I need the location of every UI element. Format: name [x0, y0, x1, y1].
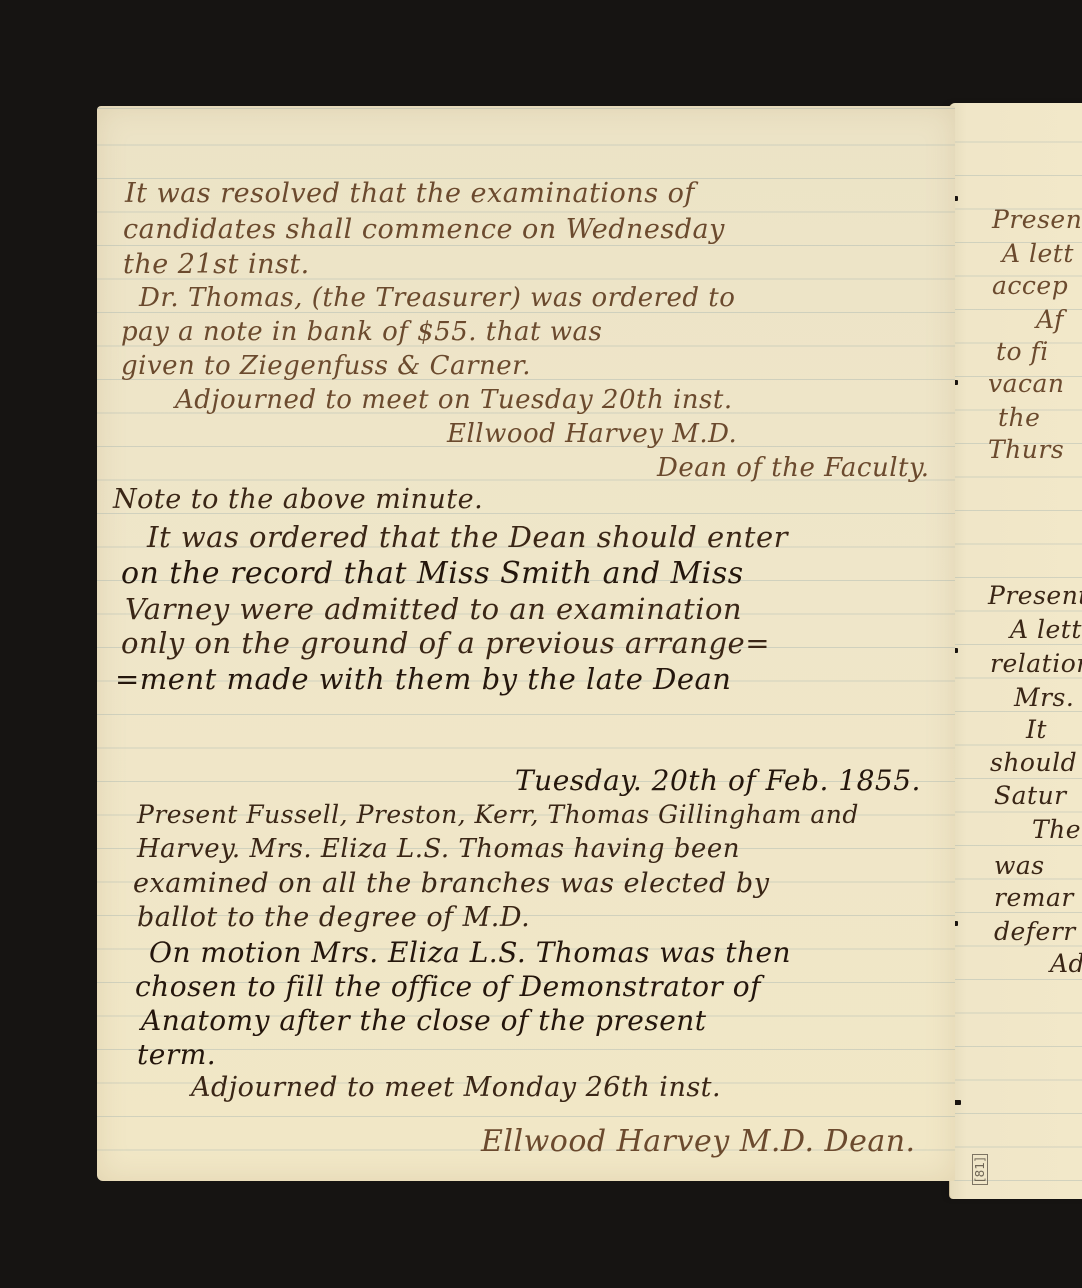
text-line: Harvey. Mrs. Eliza L.S. Thomas having be…: [137, 834, 740, 864]
right-fragment: It: [1026, 715, 1047, 744]
right-fragment: A lett: [1010, 615, 1082, 644]
right-fragment: deferr: [994, 917, 1076, 946]
right-fragment: the: [998, 403, 1040, 432]
text-line: given to Ziegenfuss & Carner.: [121, 351, 531, 381]
right-fragment: Thurs: [988, 435, 1064, 464]
right-fragment: Af: [1036, 305, 1064, 334]
right-fragment: Ad: [1050, 949, 1082, 978]
right-fragment: relation: [990, 649, 1082, 678]
text-line: Present Fussell, Preston, Kerr, Thomas G…: [137, 800, 859, 829]
right-fragment: Presen: [992, 205, 1082, 234]
manuscript-spread: Presen A lett accep Af to fi vacan the T…: [0, 0, 1082, 1288]
right-fragment: accep: [992, 271, 1068, 300]
text-line: Dr. Thomas, (the Treasurer) was ordered …: [139, 283, 735, 313]
signature: Ellwood Harvey M.D. Dean.: [481, 1124, 916, 1159]
pencil-page-number: [81]: [972, 1154, 988, 1185]
text-line: the 21st inst.: [123, 249, 310, 280]
text-line: Adjourned to meet on Tuesday 20th inst.: [175, 385, 733, 415]
signature: Ellwood Harvey M.D.: [447, 419, 737, 449]
left-page: It was resolved that the examinations of…: [97, 106, 955, 1181]
text-line: on the record that Miss Smith and Miss: [121, 556, 744, 591]
right-fragment: vacan: [988, 369, 1065, 398]
text-line: On motion Mrs. Eliza L.S. Thomas was the…: [149, 936, 791, 969]
right-fragment: remar: [994, 883, 1074, 912]
text-line: only on the ground of a previous arrange…: [121, 626, 770, 660]
text-line: chosen to fill the office of Demonstrato…: [135, 970, 761, 1003]
right-page: Presen A lett accep Af to fi vacan the T…: [949, 103, 1082, 1199]
text-line: Varney were admitted to an examination: [125, 592, 742, 626]
text-line: Anatomy after the close of the present: [141, 1004, 707, 1037]
right-fragment: The: [1032, 815, 1081, 844]
signature-title: Dean of the Faculty.: [657, 453, 929, 483]
note-heading: Note to the above minute.: [113, 484, 483, 515]
text-line: candidates shall commence on Wednesday: [123, 214, 725, 245]
text-line: It was ordered that the Dean should ente…: [147, 520, 788, 554]
right-fragment: should: [990, 748, 1077, 777]
right-fragment: was: [994, 851, 1045, 880]
text-line: =ment made with them by the late Dean: [115, 662, 731, 696]
text-line: ballot to the degree of M.D.: [137, 902, 530, 933]
text-line: It was resolved that the examinations of: [125, 178, 695, 209]
right-fragment: Present: [988, 581, 1082, 610]
right-fragment: to fi: [996, 337, 1049, 366]
text-line: examined on all the branches was elected…: [133, 868, 769, 899]
right-fragment: Mrs.: [1014, 683, 1074, 712]
right-fragment: Satur: [994, 781, 1067, 810]
text-line: term.: [137, 1038, 216, 1071]
text-line: pay a note in bank of $55. that was: [121, 317, 602, 347]
text-line: Adjourned to meet Monday 26th inst.: [191, 1072, 721, 1103]
entry-date: Tuesday. 20th of Feb. 1855.: [515, 764, 921, 797]
right-fragment: A lett: [1002, 239, 1074, 268]
